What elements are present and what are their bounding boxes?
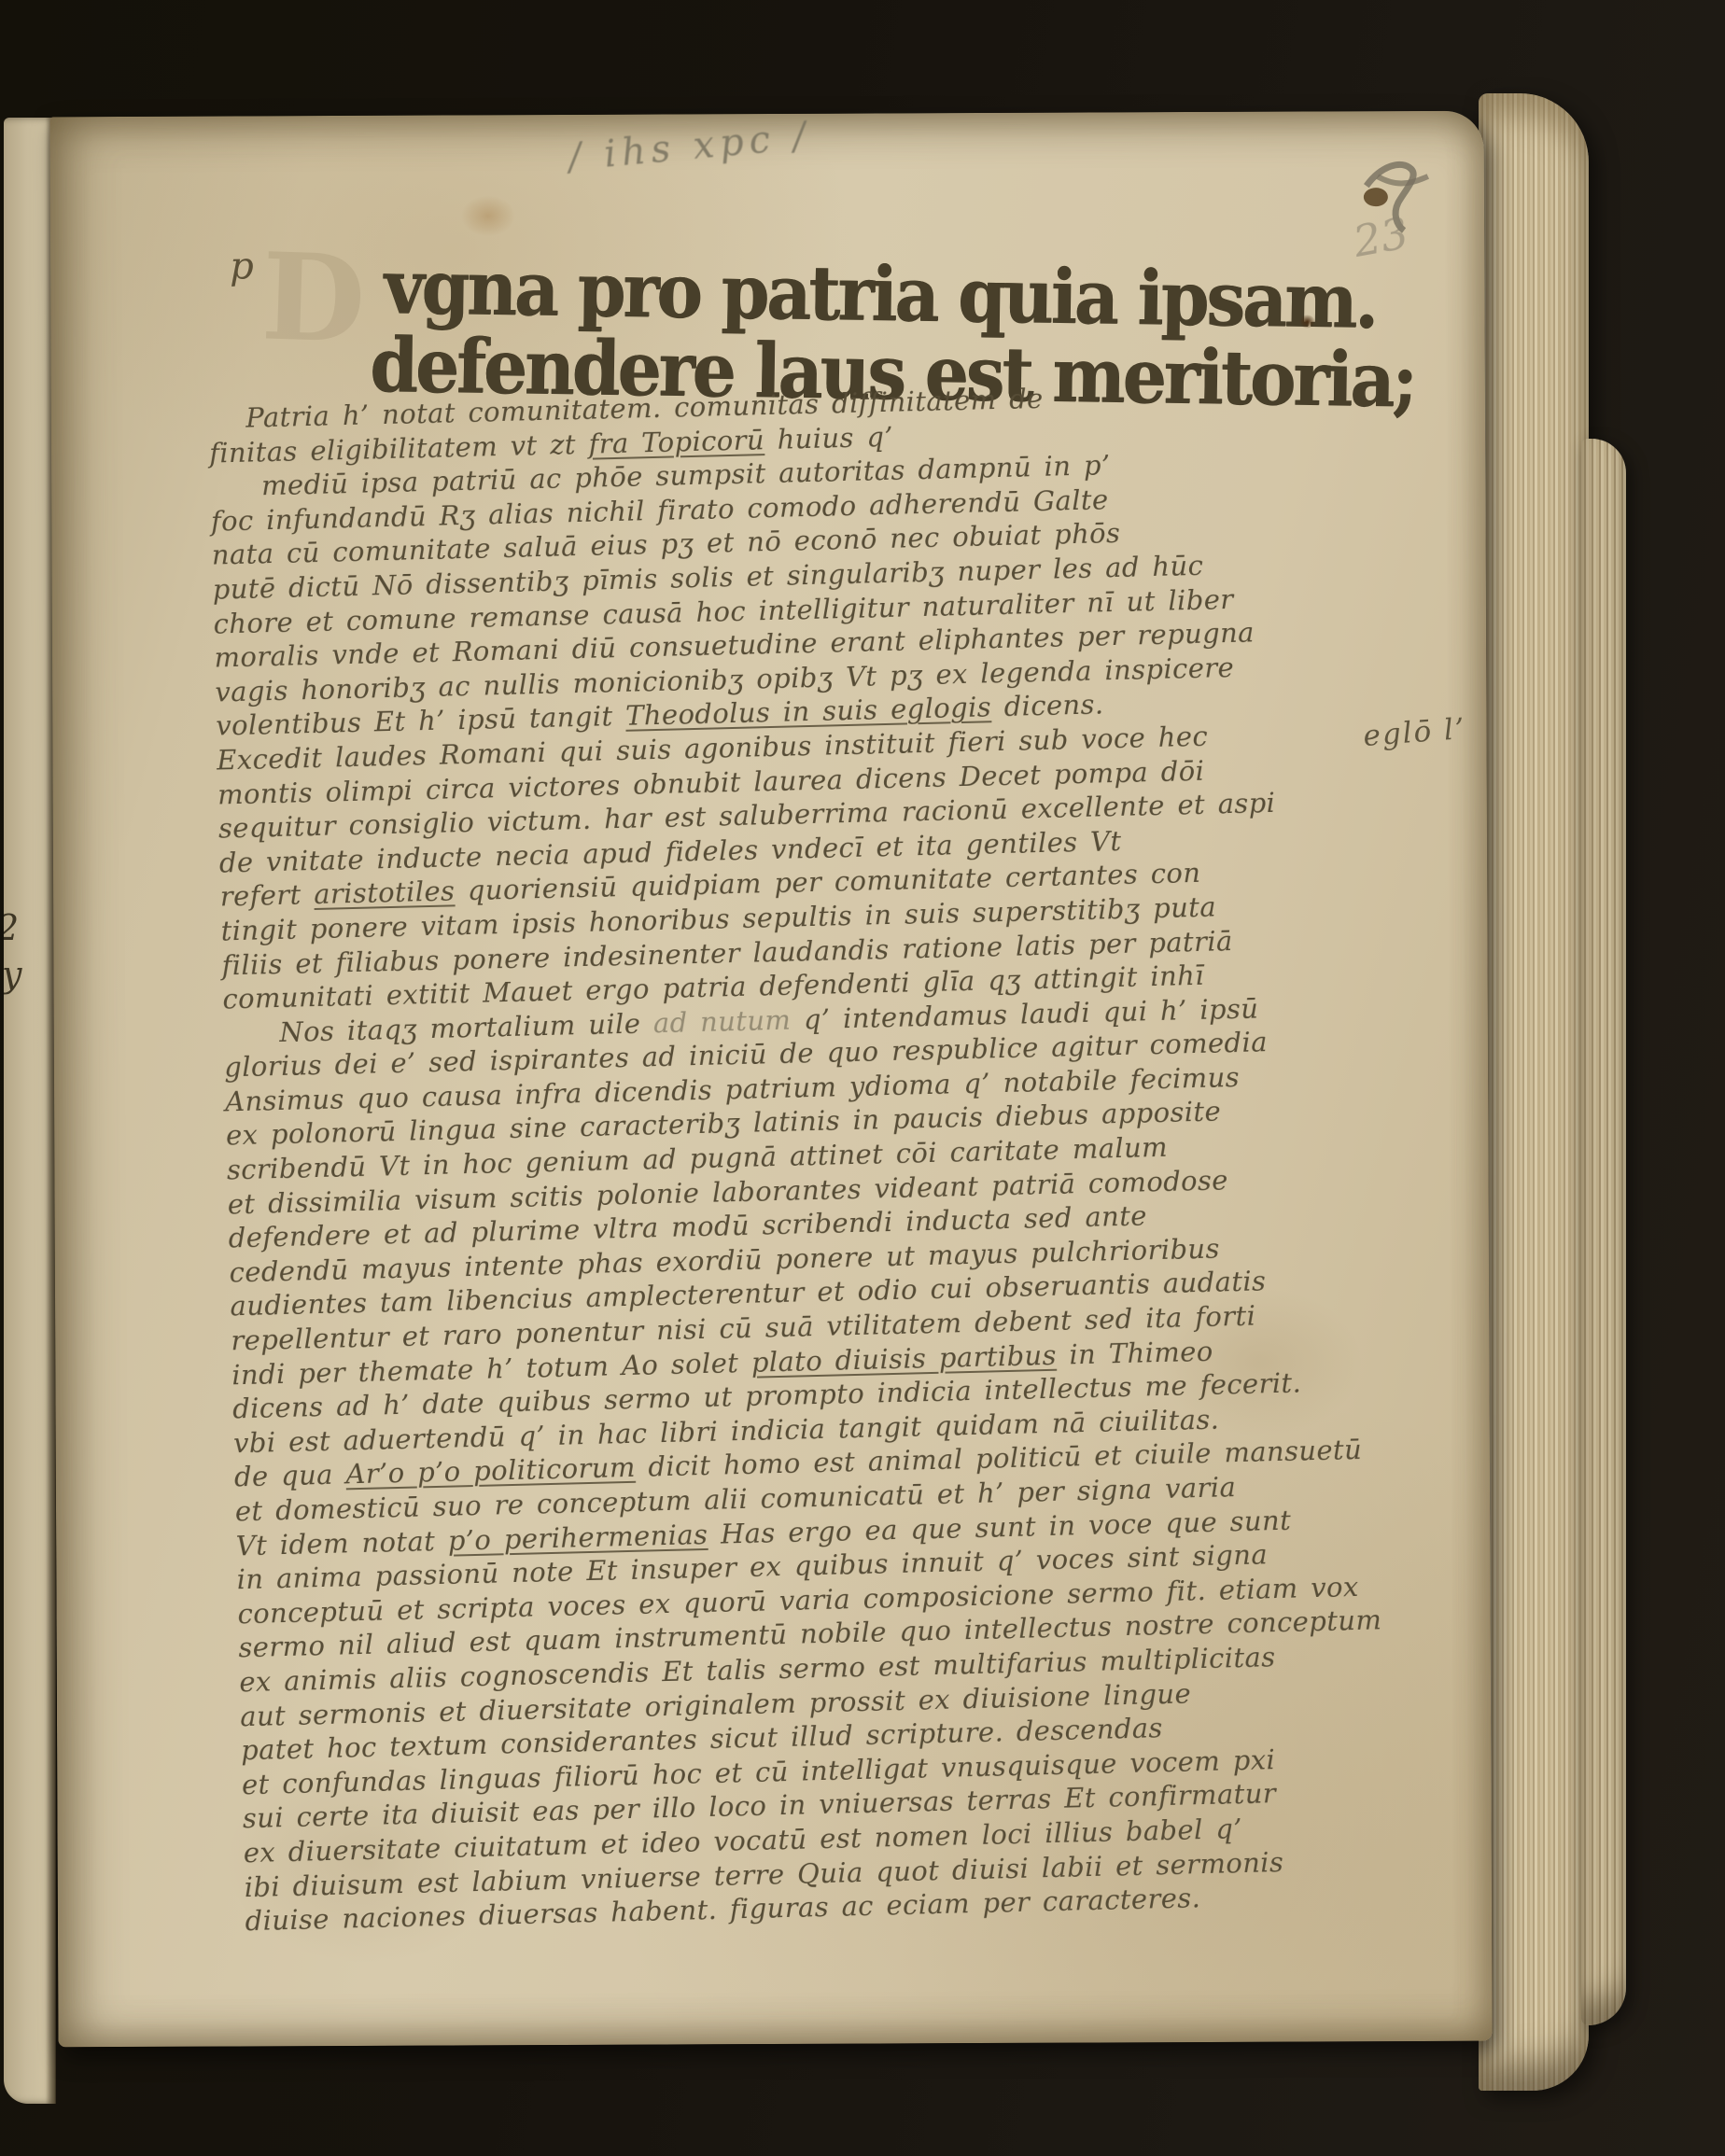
ink-blot xyxy=(1299,315,1314,328)
facing-page-edge: 2 y xyxy=(4,118,56,2104)
underlined-phrase: p’o perihermenias xyxy=(447,1519,708,1557)
top-edge-inscription: / ihs xpc / xyxy=(567,115,813,180)
text-segment: in Thimeo xyxy=(1056,1335,1213,1370)
sliver-text-fragment: 2 xyxy=(4,907,19,948)
fore-edge-page-stack-bulge xyxy=(1581,439,1626,2025)
text-segment: de qua xyxy=(234,1459,346,1493)
text-segment: huius q’ xyxy=(764,420,894,455)
text-segment: refert xyxy=(219,878,314,912)
text-segment: Vt idem notat xyxy=(235,1524,448,1561)
fore-edge-page-stack xyxy=(1479,93,1589,2091)
sliver-text-fragment: y xyxy=(4,954,21,995)
underlined-phrase: fra Topicorū xyxy=(588,424,764,460)
underlined-phrase: plato diuisis partibus xyxy=(750,1338,1057,1378)
sketched-initial-ghost: D xyxy=(259,237,367,359)
manuscript-page: / ihs xpc / 23 p D vgna pro patria quia … xyxy=(49,111,1492,2048)
margin-guide-letter: p xyxy=(230,245,254,287)
faded-ink-phrase: ad nutum xyxy=(652,1003,791,1039)
underlined-phrase: Ar’o p’o politicorum xyxy=(345,1451,636,1491)
text-segment: dicens. xyxy=(991,689,1104,723)
photo-background: 2 y / ihs xpc / 23 p D vgna pro patria q… xyxy=(0,0,1725,2156)
parchment-stain xyxy=(461,195,515,236)
underlined-phrase: aristotiles xyxy=(314,875,456,911)
body-text: Patria h’ notat comunitatem. comunitas d… xyxy=(208,373,1422,1939)
